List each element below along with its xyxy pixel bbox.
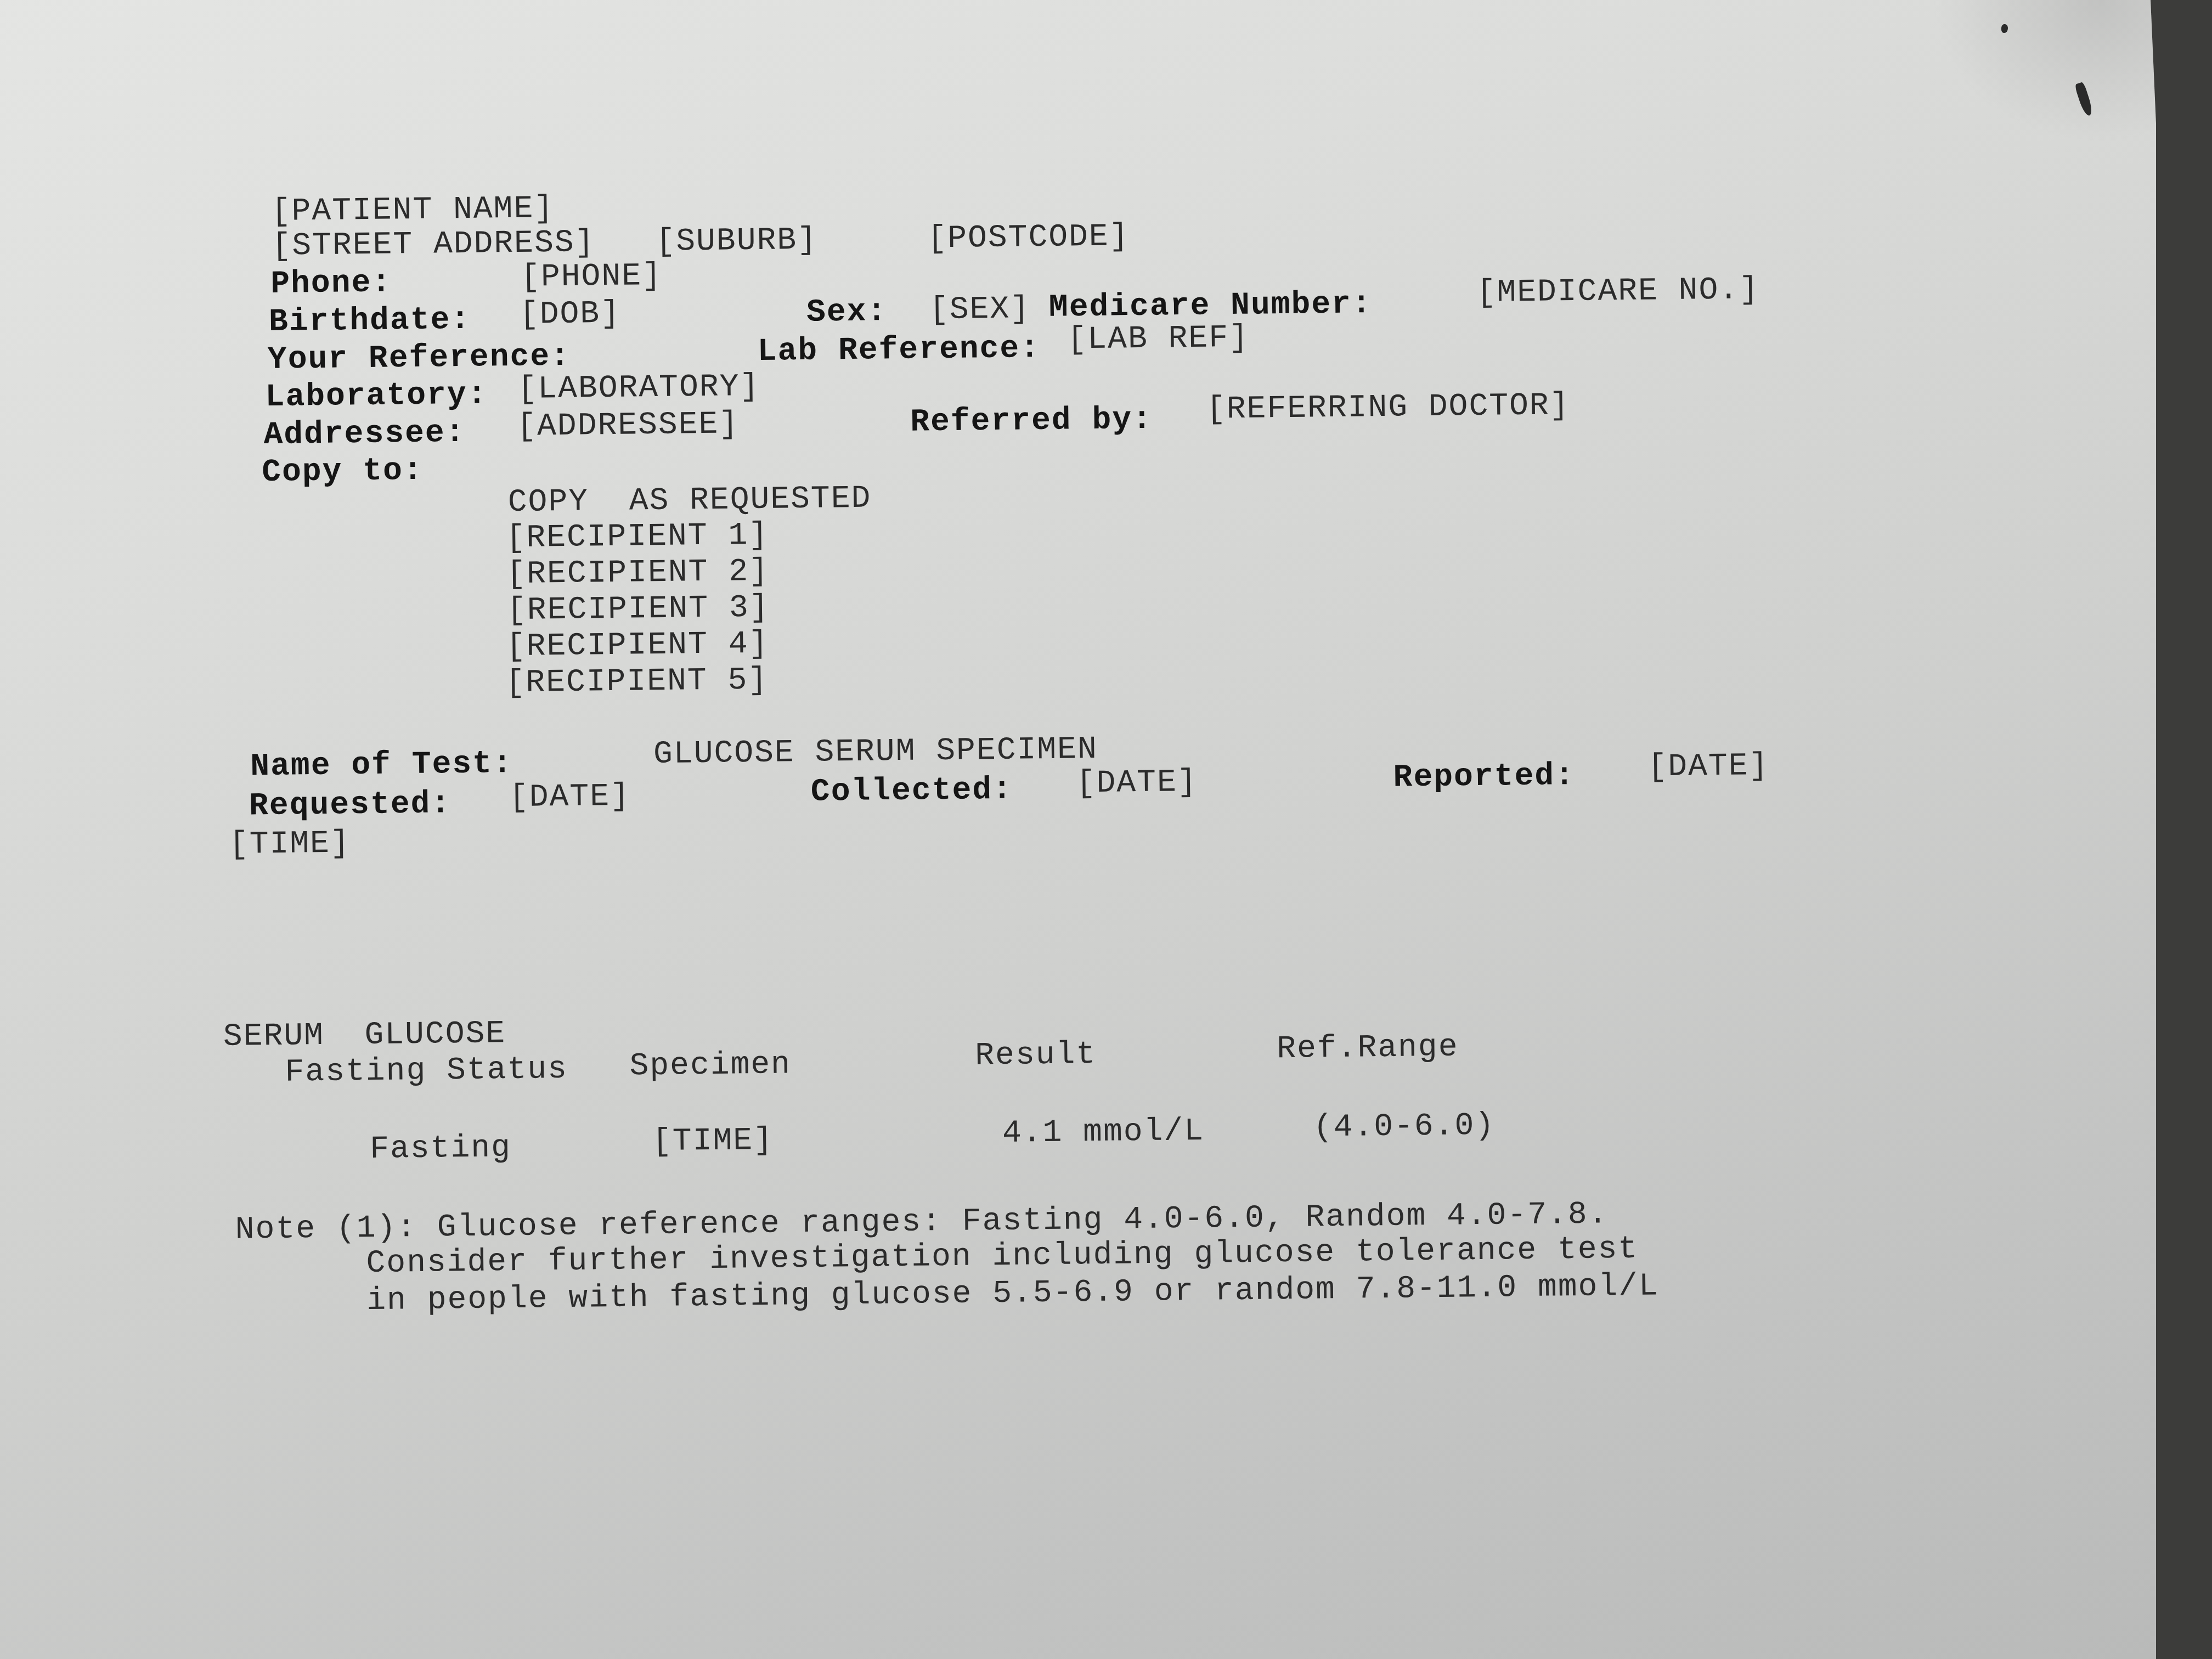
column-header-specimen: Specimen (629, 1047, 791, 1084)
patient-suburb: [SUBURB] (656, 223, 817, 260)
copy-to-item: [RECIPIENT 4] (506, 627, 769, 665)
addressee-label: Addressee: (263, 415, 466, 453)
copy-to-item: [RECIPIENT 2] (506, 554, 769, 592)
phone-value: [PHONE] (521, 258, 662, 296)
referred-by-value: [REFERRING DOCTOR] (1206, 388, 1570, 428)
collected-label: Collected: (811, 772, 1013, 810)
reported-label: Reported: (1393, 758, 1575, 796)
time-value: [TIME] (229, 826, 351, 863)
lab-reference-label: Lab Reference: (757, 331, 1040, 370)
sex-label: Sex: (806, 294, 888, 331)
result-cell: 4.1 mmol/L (1002, 1114, 1205, 1152)
patient-street: [STREET ADDRESS] (272, 225, 595, 264)
paper-sheet: [PATIENT NAME] [STREET ADDRESS] [SUBURB]… (0, 0, 2156, 1659)
copy-to-label: Copy to: (262, 453, 424, 490)
test-name-value: GLUCOSE SERUM SPECIMEN (653, 732, 1098, 772)
laboratory-value: [LABORATORY] (517, 369, 760, 408)
birthdate-value: [DOB] (520, 296, 621, 333)
lab-reference-value: [LAB REF] (1067, 320, 1249, 358)
pathology-report: [PATIENT NAME] [STREET ADDRESS] [SUBURB]… (0, 0, 2172, 1659)
ref-range-cell: (4.0-6.0) (1313, 1108, 1496, 1146)
copy-to-item: [RECIPIENT 1] (506, 518, 769, 556)
copy-to-item: COPY AS REQUESTED (508, 481, 872, 521)
patient-postcode: [POSTCODE] (927, 219, 1130, 257)
requested-value: [DATE] (509, 779, 631, 816)
requested-label: Requested: (249, 786, 452, 824)
birthdate-label: Birthdate: (269, 302, 471, 340)
laboratory-label: Laboratory: (265, 377, 488, 415)
test-name-label: Name of Test: (250, 746, 513, 785)
copy-to-item: [RECIPIENT 3] (507, 590, 770, 629)
collected-value: [DATE] (1076, 765, 1198, 802)
results-section-title: SERUM GLUCOSE (223, 1016, 506, 1055)
phone-label: Phone: (270, 265, 392, 302)
table-row: Fasting [TIME] 4.1 mmol/L (4.0-6.0) (0, 0, 2153, 3)
medicare-label: Medicare Number: (1049, 286, 1373, 326)
copy-to-item: [RECIPIENT 5] (505, 663, 768, 701)
patient-name: [PATIENT NAME] (271, 191, 554, 230)
fasting-status-cell: Fasting (370, 1130, 511, 1167)
sex-value: [SEX] (929, 291, 1031, 328)
medicare-value: [MEDICARE NO.] (1476, 272, 1759, 311)
column-header-fasting-status: Fasting Status (285, 1052, 568, 1091)
addressee-value: [ADDRESSEE] (517, 407, 740, 445)
specimen-cell: [TIME] (652, 1123, 774, 1160)
column-header-ref-range: Ref.Range (1277, 1029, 1459, 1067)
referred-by-label: Referred by: (910, 402, 1153, 441)
reported-value: [DATE] (1647, 748, 1769, 786)
column-header-result: Result (975, 1037, 1097, 1074)
